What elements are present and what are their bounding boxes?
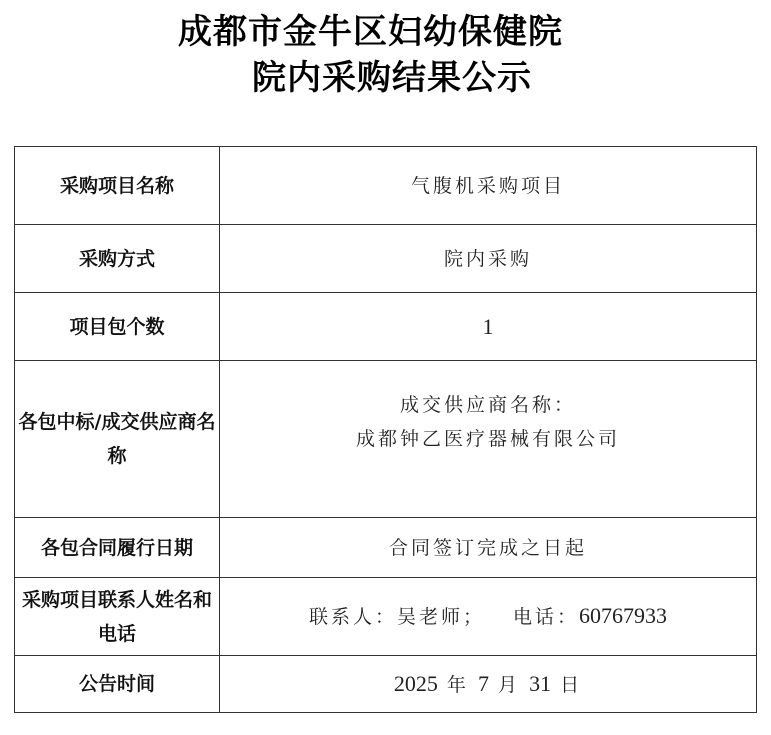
date-year-unit: 年 <box>447 674 469 696</box>
phone-label: 电话： <box>513 606 579 628</box>
value-contact: 联系人：吴老师；电话：60767933 <box>220 578 757 656</box>
table-row-project-name: 采购项目名称 气腹机采购项目 <box>15 147 757 225</box>
value-announcement-date: 2025 年 7 月 31 日 <box>220 656 757 713</box>
label-contract-date: 各包合同履行日期 <box>15 518 220 578</box>
date-year: 2025 <box>394 671 438 696</box>
supplier-heading: 成交供应商名称： <box>356 388 620 422</box>
value-supplier: 成交供应商名称： 成都钟乙医疗器械有限公司 <box>220 361 757 518</box>
label-supplier: 各包中标/成交供应商名称 <box>15 361 220 518</box>
value-package-count: 1 <box>220 293 757 361</box>
label-package-count: 项目包个数 <box>15 293 220 361</box>
label-announcement-date: 公告时间 <box>15 656 220 713</box>
contact-person: 联系人：吴老师； <box>309 606 485 628</box>
supplier-block: 成交供应商名称： 成都钟乙医疗器械有限公司 <box>356 388 620 456</box>
supplier-company-name: 成都钟乙医疗器械有限公司 <box>356 422 620 456</box>
value-procurement-method: 院内采购 <box>220 225 757 293</box>
date-day: 31 <box>529 671 551 696</box>
watermark-overlay <box>679 715 759 721</box>
value-contract-date: 合同签订完成之日起 <box>220 518 757 578</box>
table-row-package-count: 项目包个数 1 <box>15 293 757 361</box>
table-row-procurement-method: 采购方式 院内采购 <box>15 225 757 293</box>
document-title-line-1: 成都市金牛区妇幼保健院 <box>178 12 563 52</box>
phone-number: 60767933 <box>579 603 667 628</box>
date-month: 7 <box>478 671 489 696</box>
table-row-announcement-date: 公告时间 2025 年 7 月 31 日 <box>15 656 757 713</box>
date-month-unit: 月 <box>498 674 520 696</box>
date-day-unit: 日 <box>560 674 582 696</box>
table-row-supplier: 各包中标/成交供应商名称 成交供应商名称： 成都钟乙医疗器械有限公司 <box>15 361 757 518</box>
document-title-line-2: 院内采购结果公示 <box>252 58 532 98</box>
label-project-name: 采购项目名称 <box>15 147 220 225</box>
value-project-name: 气腹机采购项目 <box>220 147 757 225</box>
label-contact: 采购项目联系人姓名和电话 <box>15 578 220 656</box>
procurement-result-table: 采购项目名称 气腹机采购项目 采购方式 院内采购 项目包个数 1 各包中标/成交… <box>14 146 757 713</box>
table-row-contract-date: 各包合同履行日期 合同签订完成之日起 <box>15 518 757 578</box>
table-row-contact: 采购项目联系人姓名和电话 联系人：吴老师；电话：60767933 <box>15 578 757 656</box>
label-procurement-method: 采购方式 <box>15 225 220 293</box>
